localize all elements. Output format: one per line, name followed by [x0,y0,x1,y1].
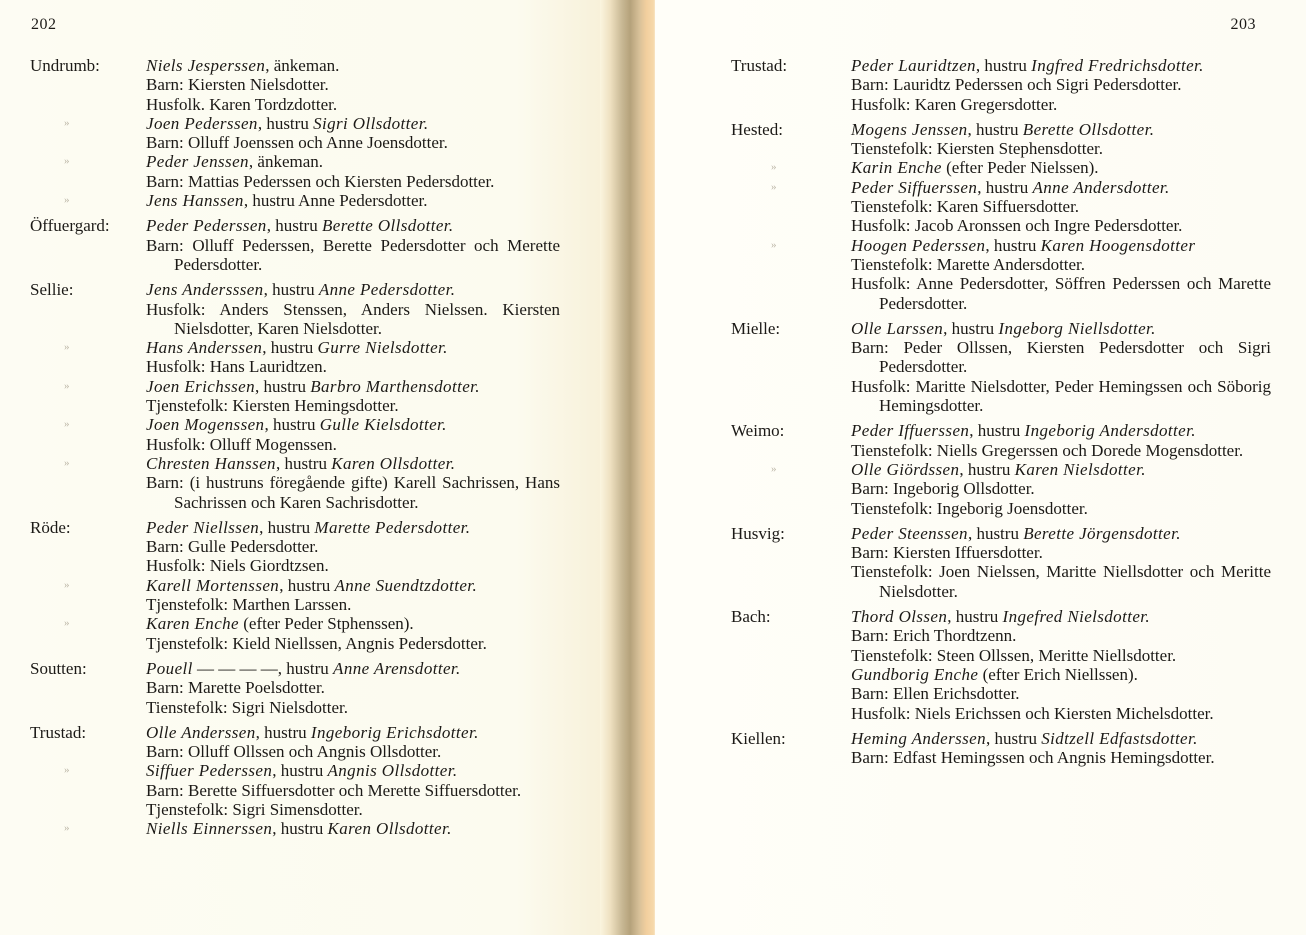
ditto-mark [731,479,851,498]
head-of-household: Peder Iffuerssen [851,421,969,440]
entry-text: Olle Anderssen, hustru Ingeborig Erichsd… [146,723,560,742]
ditto-mark [30,300,146,339]
entry-line: Bach:Thord Olssen, hustru Ingefred Niels… [731,607,1271,626]
entry-line: Kiellen:Heming Anderssen, hustru Sidtzel… [731,729,1271,748]
right-page: 203 Trustad:Peder Lauridtzen, hustru Ing… [655,0,1306,935]
wife-name: Gurre Nielsdotter. [318,338,448,357]
entry-line: Weimo:Peder Iffuerssen, hustru Ingeborig… [731,421,1271,440]
entry-line: Barn: Olluff Joenssen och Anne Joensdott… [30,133,560,152]
entry-line: Husfolk: Olluff Mogenssen. [30,435,560,454]
entry-line: Barn: (i hustruns föregående gifte) Kare… [30,473,560,512]
entry-line: »Hans Anderssen, hustru Gurre Nielsdotte… [30,338,560,357]
ditto-mark [30,698,146,717]
entry-rest: , änkeman. [265,56,339,75]
entry-text: Husfolk: Karen Gregersdotter. [851,95,1271,114]
entry-line: Husfolk: Karen Gregersdotter. [731,95,1271,114]
entry-line: Husvig:Peder Steenssen, hustru Berette J… [731,524,1271,543]
book-spread: 202 Undrumb:Niels Jesperssen, änkeman.Ba… [0,0,1306,935]
place-name: Sellie: [30,280,146,299]
entry-text: Niells Einnerssen, hustru Karen Ollsdott… [146,819,560,838]
entry-text: Olle Giördssen, hustru Karen Nielsdotter… [851,460,1271,479]
head-of-household: Gundborig Enche [851,665,978,684]
page-number: 203 [1231,16,1257,34]
ditto-mark [30,634,146,653]
entry-rest: , hustru [968,524,1023,543]
entry-rest: , hustru [272,819,327,838]
ditto-mark: » [30,761,146,780]
head-of-household: Siffuer Pederssen [146,761,272,780]
entry-line: Tjenstefolk: Kiersten Hemingsdotter. [30,396,560,415]
entry-text: Tienstefolk: Sigri Nielsdotter. [146,698,560,717]
entry-text: Barn: Edfast Hemingssen och Angnis Hemin… [851,748,1271,767]
head-of-household: Jens Andersssen [146,280,264,299]
entry-text: Barn: (i hustruns föregående gifte) Kare… [146,473,560,512]
entry-text: Peder Pederssen, hustru Berette Ollsdott… [146,216,560,235]
ditto-mark [30,678,146,697]
entry-rest: (efter Peder Nielssen). [942,158,1099,177]
wife-name: Karen Ollsdotter. [328,819,452,838]
ditto-mark: » [731,158,851,177]
entry-text: Tienstefolk: Karen Siffuersdotter. [851,197,1271,216]
ditto-mark [731,646,851,665]
ditto-mark: » [30,377,146,396]
wife-name: Karen Nielsdotter. [1015,460,1146,479]
entry-line: Barn: Olluff Pederssen, Berette Pedersdo… [30,236,560,275]
head-of-household: Peder Lauridtzen [851,56,976,75]
entry-line: Barn: Peder Ollssen, Kiersten Pedersdott… [731,338,1271,377]
entry-rest: , hustru [985,236,1040,255]
entry-line: Tienstefolk: Marette Andersdotter. [731,255,1271,274]
entry-line: »Karin Enche (efter Peder Nielssen). [731,158,1271,177]
entry-line: Tienstefolk: Ingeborig Joensdotter. [731,499,1271,518]
head-of-household: Karen Enche [146,614,239,633]
ditto-mark [731,377,851,416]
place-entry: Mielle:Olle Larssen, hustru Ingeborg Nie… [731,319,1271,415]
place-name: Trustad: [731,56,851,75]
wife-name: Berette Jörgensdotter. [1023,524,1181,543]
entry-line: »Karen Enche (efter Peder Stphenssen). [30,614,560,633]
entry-rest: , hustru [969,421,1024,440]
ditto-mark: » [30,576,146,595]
entry-text: Jens Hanssen, hustru Anne Pedersdotter. [146,191,560,210]
place-name: Husvig: [731,524,851,543]
wife-name: Marette Pedersdotter. [314,518,470,537]
entry-line: Barn: Gulle Pedersdotter. [30,537,560,556]
wife-name: Ingeborig Andersdotter. [1025,421,1196,440]
entry-text: Heming Anderssen, hustru Sidtzell Edfast… [851,729,1271,748]
entry-rest: (efter Peder Stphenssen). [239,614,414,633]
ditto-mark [731,441,851,460]
entry-line: Barn: Erich Thordtzenn. [731,626,1271,645]
entry-text: Barn: Marette Poelsdotter. [146,678,560,697]
head-of-household: Peder Pederssen [146,216,267,235]
entry-line: Öffuergard:Peder Pederssen, hustru Beret… [30,216,560,235]
ditto-mark [30,781,146,800]
entry-text: Karen Enche (efter Peder Stphenssen). [146,614,560,633]
head-of-household: Jens Hanssen [146,191,244,210]
entry-line: »Hoogen Pederssen, hustru Karen Hoogensd… [731,236,1271,255]
place-entry: Husvig:Peder Steenssen, hustru Berette J… [731,524,1271,601]
head-of-household: Peder Steenssen [851,524,968,543]
entry-line: Tienstefolk: Kiersten Stephensdotter. [731,139,1271,158]
head-of-household: Joen Mogenssen [146,415,264,434]
entry-line: Mielle:Olle Larssen, hustru Ingeborg Nie… [731,319,1271,338]
entry-text: Chresten Hanssen, hustru Karen Ollsdotte… [146,454,560,473]
entry-line: Husfolk: Niels Giordtzsen. [30,556,560,575]
place-name: Hested: [731,120,851,139]
place-name: Röde: [30,518,146,537]
ditto-mark [731,684,851,703]
place-entry: Bach:Thord Olssen, hustru Ingefred Niels… [731,607,1271,723]
ditto-mark: » [30,454,146,473]
entry-text: Tienstefolk: Kiersten Stephensdotter. [851,139,1271,158]
place-name: Soutten: [30,659,146,678]
place-name: Öffuergard: [30,216,146,235]
left-page: 202 Undrumb:Niels Jesperssen, änkeman.Ba… [0,0,608,935]
place-entry: Hested:Mogens Jenssen, hustru Berette Ol… [731,120,1271,313]
entry-text: Siffuer Pederssen, hustru Angnis Ollsdot… [146,761,560,780]
entry-rest: , hustru [258,114,313,133]
wife-name: Barbro Marthensdotter. [310,377,480,396]
place-entry: Öffuergard:Peder Pederssen, hustru Beret… [30,216,560,274]
ditto-mark [30,396,146,415]
entry-line: »Siffuer Pederssen, hustru Angnis Ollsdo… [30,761,560,780]
head-of-household: Olle Giördssen [851,460,959,479]
entry-rest: , hustru [977,178,1032,197]
entry-text: Peder Lauridtzen, hustru Ingfred Fredric… [851,56,1271,75]
place-entry: Röde:Peder Niellssen, hustru Marette Ped… [30,518,560,653]
entry-text: Joen Mogenssen, hustru Gulle Kielsdotter… [146,415,560,434]
head-of-household: Mogens Jenssen [851,120,968,139]
entry-text: Barn: Berette Siffuersdotter och Merette… [146,781,560,800]
entry-text: Tjenstefolk: Kield Niellssen, Angnis Ped… [146,634,560,653]
entry-rest: , hustru [959,460,1014,479]
entry-line: »Joen Erichssen, hustru Barbro Marthensd… [30,377,560,396]
entry-line: Barn: Lauridtz Pederssen och Sigri Peder… [731,75,1271,94]
entry-line: Tienstefolk: Sigri Nielsdotter. [30,698,560,717]
head-of-household: Hans Anderssen [146,338,262,357]
ditto-mark: » [30,819,146,838]
wife-name: Ingeborig Erichsdotter. [311,723,479,742]
entry-line: Husfolk: Anne Pedersdotter, Söffren Pede… [731,274,1271,313]
head-of-household: Hoogen Pederssen [851,236,985,255]
wife-name: Ingeborg Niellsdotter. [998,319,1155,338]
ditto-mark [731,704,851,723]
entry-rest: , hustru [968,120,1023,139]
ditto-mark: » [30,614,146,633]
ditto-mark [30,95,146,114]
entry-text: Karin Enche (efter Peder Nielssen). [851,158,1271,177]
entry-line: Sellie:Jens Andersssen, hustru Anne Pede… [30,280,560,299]
entry-text: Peder Steenssen, hustru Berette Jörgensd… [851,524,1271,543]
head-of-household: Heming Anderssen [851,729,986,748]
book-spine [600,0,658,935]
ditto-mark [30,75,146,94]
ditto-mark [731,338,851,377]
entry-line: »Peder Jenssen, änkeman. [30,152,560,171]
entry-text: Husfolk: Hans Lauridtzen. [146,357,560,376]
entry-line: »Olle Giördssen, hustru Karen Nielsdotte… [731,460,1271,479]
entry-text: Tienstefolk: Joen Nielssen, Maritte Niel… [851,562,1271,601]
wife-name: Karen Hoogensdotter [1041,236,1196,255]
entry-text: Peder Iffuerssen, hustru Ingeborig Ander… [851,421,1271,440]
ditto-mark: » [731,236,851,255]
entry-text: Barn: Ingeborig Ollsdotter. [851,479,1271,498]
entry-line: Husfolk: Niels Erichssen och Kiersten Mi… [731,704,1271,723]
ditto-mark [731,665,851,684]
ditto-mark: » [30,152,146,171]
entry-rest: , hustru [947,607,1002,626]
entry-line: Röde:Peder Niellssen, hustru Marette Ped… [30,518,560,537]
head-of-household: Olle Anderssen [146,723,256,742]
ditto-mark [731,139,851,158]
head-of-household: Chresten Hanssen [146,454,276,473]
entry-text: Olle Larssen, hustru Ingeborg Niellsdott… [851,319,1271,338]
wife-name: Sigri Ollsdotter. [313,114,428,133]
entry-line: Husfolk: Anders Stenssen, Anders Nielsse… [30,300,560,339]
ditto-mark [731,95,851,114]
entry-line: Barn: Marette Poelsdotter. [30,678,560,697]
place-entry: Weimo:Peder Iffuerssen, hustru Ingeborig… [731,421,1271,517]
entry-line: Husfolk: Jacob Aronssen och Ingre Peders… [731,216,1271,235]
entry-rest: , hustru Anne Pedersdotter. [244,191,428,210]
entry-rest: , hustru [255,377,310,396]
ditto-mark [30,435,146,454]
entry-text: Barn: Mattias Pederssen och Kiersten Ped… [146,172,560,191]
entry-line: »Karell Mortenssen, hustru Anne Suendtzd… [30,576,560,595]
ditto-mark: » [30,114,146,133]
entry-rest: , hustru [976,56,1031,75]
entry-rest: , hustru [264,415,319,434]
entry-line: Tjenstefolk: Kield Niellssen, Angnis Ped… [30,634,560,653]
entry-text: Jens Andersssen, hustru Anne Pedersdotte… [146,280,560,299]
entry-rest: , hustru [943,319,998,338]
head-of-household: Joen Pederssen [146,114,258,133]
entry-line: Hested:Mogens Jenssen, hustru Berette Ol… [731,120,1271,139]
entry-text: Hoogen Pederssen, hustru Karen Hoogensdo… [851,236,1271,255]
page-number: 202 [31,16,57,34]
entry-rest: , hustru [986,729,1041,748]
ditto-mark [30,133,146,152]
entry-line: Undrumb:Niels Jesperssen, änkeman. [30,56,560,75]
entry-line: Tienstefolk: Karen Siffuersdotter. [731,197,1271,216]
wife-name: Anne Pedersdotter. [319,280,456,299]
entry-text: Husfolk: Niels Erichssen och Kiersten Mi… [851,704,1271,723]
entry-text: Karell Mortenssen, hustru Anne Suendtzdo… [146,576,560,595]
place-entry: Undrumb:Niels Jesperssen, änkeman.Barn: … [30,56,560,210]
entry-text: Barn: Olluff Pederssen, Berette Pedersdo… [146,236,560,275]
entry-line: Trustad:Peder Lauridtzen, hustru Ingfred… [731,56,1271,75]
entry-line: Barn: Kiersten Iffuersdotter. [731,543,1271,562]
entry-text: Barn: Olluff Ollssen och Angnis Ollsdott… [146,742,560,761]
place-name: Bach: [731,607,851,626]
entry-rest: , hustru [264,280,319,299]
place-name: Mielle: [731,319,851,338]
entry-text: Husfolk: Jacob Aronssen och Ingre Peders… [851,216,1271,235]
entry-line: Barn: Berette Siffuersdotter och Merette… [30,781,560,800]
entry-text: Barn: Peder Ollssen, Kiersten Pedersdott… [851,338,1271,377]
ditto-mark [30,742,146,761]
entry-text: Joen Pederssen, hustru Sigri Ollsdotter. [146,114,560,133]
head-of-household: Thord Olssen [851,607,947,626]
entry-line: Barn: Kiersten Nielsdotter. [30,75,560,94]
entry-line: Barn: Mattias Pederssen och Kiersten Ped… [30,172,560,191]
entry-text: Thord Olssen, hustru Ingefred Nielsdotte… [851,607,1271,626]
entry-text: Husfolk: Anne Pedersdotter, Söffren Pede… [851,274,1271,313]
entry-rest: , hustru [256,723,311,742]
entry-text: Barn: Gulle Pedersdotter. [146,537,560,556]
ditto-mark [731,216,851,235]
entry-line: »Joen Pederssen, hustru Sigri Ollsdotter… [30,114,560,133]
head-of-household: Joen Erichssen [146,377,255,396]
entry-text: Husfolk. Karen Tordzdotter. [146,95,560,114]
entry-text: Joen Erichssen, hustru Barbro Marthensdo… [146,377,560,396]
wife-name: Berette Ollsdotter. [1023,120,1155,139]
place-name: Weimo: [731,421,851,440]
place-name: Kiellen: [731,729,851,748]
ditto-mark [731,562,851,601]
ditto-mark [731,543,851,562]
wife-name: Karen Ollsdotter. [331,454,455,473]
entry-text: Mogens Jenssen, hustru Berette Ollsdotte… [851,120,1271,139]
wife-name: Berette Ollsdotter. [322,216,454,235]
wife-name: Gulle Kielsdotter. [320,415,447,434]
entry-line: Soutten:Pouell — — — —, hustru Anne Aren… [30,659,560,678]
wife-name: Anne Arensdotter. [333,659,461,678]
place-entry: Trustad:Olle Anderssen, hustru Ingeborig… [30,723,560,839]
entry-text: Husfolk: Maritte Nielsdotter, Peder Hemi… [851,377,1271,416]
entry-rest: , hustru [262,338,317,357]
wife-name: Anne Suendtzdotter. [334,576,477,595]
ditto-mark [30,473,146,512]
ditto-mark: » [731,460,851,479]
ditto-mark [30,172,146,191]
entry-text: Tienstefolk: Marette Andersdotter. [851,255,1271,274]
head-of-household: Peder Jenssen [146,152,249,171]
ditto-mark [30,537,146,556]
head-of-household: Niells Einnerssen [146,819,272,838]
entry-text: Barn: Olluff Joenssen och Anne Joensdott… [146,133,560,152]
wife-name: Sidtzell Edfastsdotter. [1041,729,1198,748]
head-of-household: Peder Niellssen [146,518,259,537]
place-entry: Trustad:Peder Lauridtzen, hustru Ingfred… [731,56,1271,114]
entry-rest: , änkeman. [249,152,323,171]
entry-text: Tienstefolk: Steen Ollssen, Meritte Niel… [851,646,1271,665]
place-entry: Soutten:Pouell — — — —, hustru Anne Aren… [30,659,560,717]
entry-rest: , hustru [279,576,334,595]
entry-line: Tienstefolk: Steen Ollssen, Meritte Niel… [731,646,1271,665]
entry-text: Gundborig Enche (efter Erich Niellssen). [851,665,1271,684]
entry-text: Tjenstefolk: Marthen Larssen. [146,595,560,614]
ditto-mark [30,236,146,275]
head-of-household: Niels Jesperssen [146,56,265,75]
entry-text: Tjenstefolk: Sigri Simensdotter. [146,800,560,819]
ditto-mark [731,255,851,274]
entry-rest: — — — —, hustru [193,659,333,678]
entry-text: Peder Jenssen, änkeman. [146,152,560,171]
ditto-mark: » [30,415,146,434]
entry-text: Peder Niellssen, hustru Marette Pedersdo… [146,518,560,537]
entry-line: »Peder Siffuerssen, hustru Anne Andersdo… [731,178,1271,197]
entry-rest: , hustru [272,761,327,780]
wife-name: Angnis Ollsdotter. [328,761,458,780]
ditto-mark [30,595,146,614]
entry-line: Barn: Ellen Erichsdotter. [731,684,1271,703]
entry-text: Barn: Lauridtz Pederssen och Sigri Peder… [851,75,1271,94]
entry-text: Tienstefolk: Ingeborig Joensdotter. [851,499,1271,518]
head-of-household: Karin Enche [851,158,942,177]
head-of-household: Peder Siffuerssen [851,178,977,197]
place-name: Trustad: [30,723,146,742]
entry-text: Barn: Kiersten Iffuersdotter. [851,543,1271,562]
entry-text: Tjenstefolk: Kiersten Hemingsdotter. [146,396,560,415]
ditto-mark [731,748,851,767]
ditto-mark [30,556,146,575]
ditto-mark: » [30,338,146,357]
ditto-mark [30,800,146,819]
entry-line: Barn: Olluff Ollssen och Angnis Ollsdott… [30,742,560,761]
ditto-mark [731,499,851,518]
right-entries: Trustad:Peder Lauridtzen, hustru Ingfred… [731,56,1271,773]
entry-line: Tienstefolk: Joen Nielssen, Maritte Niel… [731,562,1271,601]
ditto-mark [30,357,146,376]
entry-line: »Chresten Hanssen, hustru Karen Ollsdott… [30,454,560,473]
head-of-household: Olle Larssen [851,319,943,338]
entry-rest: , hustru [276,454,331,473]
ditto-mark: » [30,191,146,210]
ditto-mark: » [731,178,851,197]
wife-name: Anne Andersdotter. [1033,178,1170,197]
entry-line: Husfolk. Karen Tordzdotter. [30,95,560,114]
entry-text: Husfolk: Niels Giordtzsen. [146,556,560,575]
place-entry: Sellie:Jens Andersssen, hustru Anne Pede… [30,280,560,512]
entry-line: Husfolk: Hans Lauridtzen. [30,357,560,376]
entry-text: Barn: Erich Thordtzenn. [851,626,1271,645]
entry-text: Husfolk: Anders Stenssen, Anders Nielsse… [146,300,560,339]
entry-line: »Niells Einnerssen, hustru Karen Ollsdot… [30,819,560,838]
entry-line: Husfolk: Maritte Nielsdotter, Peder Hemi… [731,377,1271,416]
wife-name: Ingefred Nielsdotter. [1003,607,1151,626]
entry-text: Pouell — — — —, hustru Anne Arensdotter. [146,659,560,678]
entry-line: »Joen Mogenssen, hustru Gulle Kielsdotte… [30,415,560,434]
entry-line: Tjenstefolk: Marthen Larssen. [30,595,560,614]
entry-text: Niels Jesperssen, änkeman. [146,56,560,75]
left-entries: Undrumb:Niels Jesperssen, änkeman.Barn: … [30,56,560,845]
entry-rest: (efter Erich Niellssen). [978,665,1138,684]
entry-rest: , hustru [267,216,322,235]
entry-text: Barn: Kiersten Nielsdotter. [146,75,560,94]
place-name: Undrumb: [30,56,146,75]
entry-text: Peder Siffuerssen, hustru Anne Andersdot… [851,178,1271,197]
wife-name: Ingfred Fredrichsdotter. [1031,56,1204,75]
entry-text: Tienstefolk: Niells Gregerssen och Dored… [851,441,1271,460]
entry-text: Barn: Ellen Erichsdotter. [851,684,1271,703]
entry-line: Tjenstefolk: Sigri Simensdotter. [30,800,560,819]
entry-line: Barn: Ingeborig Ollsdotter. [731,479,1271,498]
entry-line: »Jens Hanssen, hustru Anne Pedersdotter. [30,191,560,210]
ditto-mark [731,274,851,313]
entry-line: Tienstefolk: Niells Gregerssen och Dored… [731,441,1271,460]
head-of-household: Karell Mortenssen [146,576,279,595]
ditto-mark [731,626,851,645]
entry-text: Husfolk: Olluff Mogenssen. [146,435,560,454]
head-of-household: Pouell [146,659,193,678]
place-entry: Kiellen:Heming Anderssen, hustru Sidtzel… [731,729,1271,768]
entry-text: Hans Anderssen, hustru Gurre Nielsdotter… [146,338,560,357]
ditto-mark [731,75,851,94]
entry-line: Trustad:Olle Anderssen, hustru Ingeborig… [30,723,560,742]
entry-line: Barn: Edfast Hemingssen och Angnis Hemin… [731,748,1271,767]
